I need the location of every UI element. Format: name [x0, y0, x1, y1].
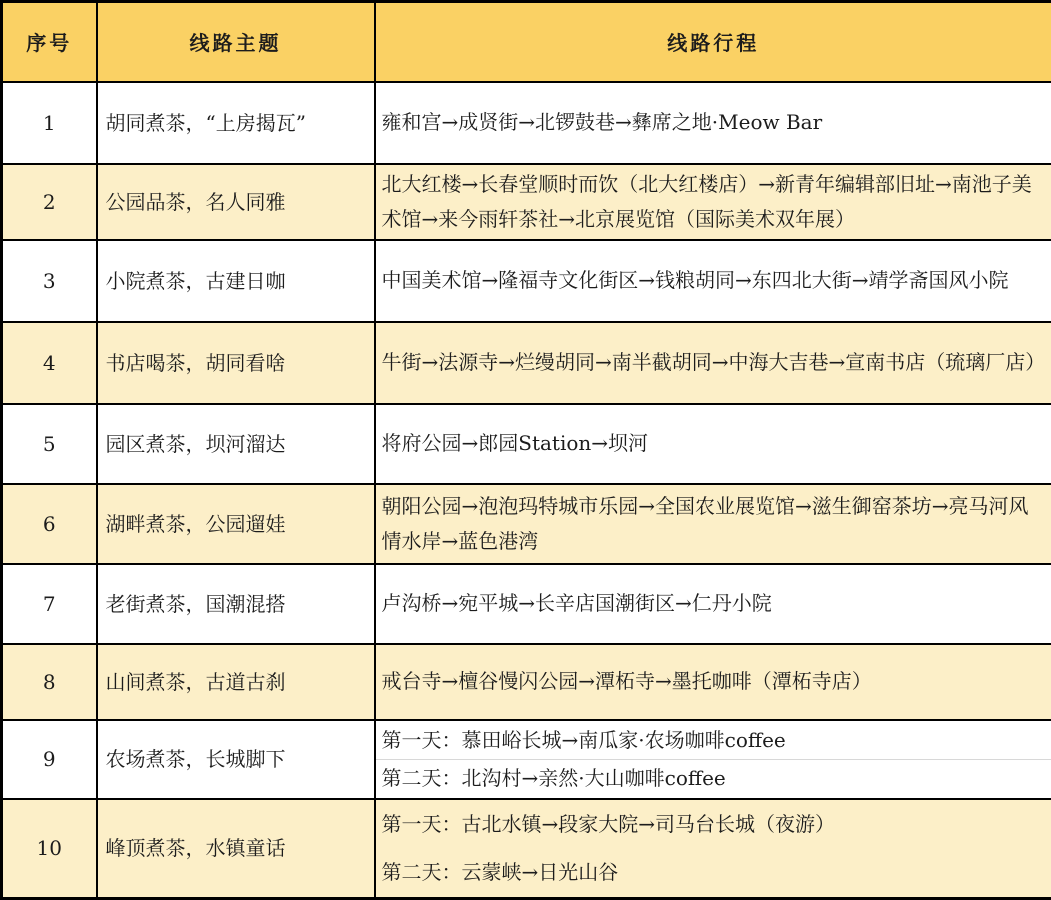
column-header-index: 序号: [2, 2, 97, 82]
route-itinerary: 朝阳公园→泡泡玛特城市乐园→全国农业展览馆→滋生御窑茶坊→亮马河风情水岸→蓝色港…: [375, 484, 1051, 564]
table-header: 序号 线路主题 线路行程: [2, 2, 1051, 82]
row-index: 8: [2, 644, 97, 720]
routes-table: 序号 线路主题 线路行程 1 胡同煮茶，“上房揭瓦” 雍和宫→成贤街→北锣鼓巷→…: [0, 0, 1051, 900]
route-itinerary: 中国美术馆→隆福寺文化街区→钱粮胡同→东四北大街→靖学斋国风小院: [375, 240, 1051, 322]
table-row: 6 湖畔煮茶，公园遛娃 朝阳公园→泡泡玛特城市乐园→全国农业展览馆→滋生御窑茶坊…: [2, 484, 1051, 564]
itinerary-days: 第一天：古北水镇→段家大院→司马台长城（夜游） 第二天：云蒙峡→日光山谷: [376, 800, 1051, 896]
row-index: 3: [2, 240, 97, 322]
route-theme: 园区煮茶，坝河溜达: [97, 404, 375, 484]
itinerary-day1: 第一天：慕田峪长城→南瓜家·农场咖啡coffee: [376, 722, 1051, 759]
table-row: 5 园区煮茶，坝河溜达 将府公园→郎园Station→坝河: [2, 404, 1051, 484]
table-row: 8 山间煮茶，古道古刹 戒台寺→檀谷慢闪公园→潭柘寺→墨托咖啡（潭柘寺店）: [2, 644, 1051, 720]
table-row: 3 小院煮茶，古建日咖 中国美术馆→隆福寺文化街区→钱粮胡同→东四北大街→靖学斋…: [2, 240, 1051, 322]
table-row: 10 峰顶煮茶，水镇童话 第一天：古北水镇→段家大院→司马台长城（夜游） 第二天…: [2, 799, 1051, 899]
table-row: 9 农场煮茶，长城脚下 第一天：慕田峪长城→南瓜家·农场咖啡coffee 第二天…: [2, 720, 1051, 799]
route-theme: 峰顶煮茶，水镇童话: [97, 799, 375, 899]
table-row: 2 公园品茶，名人同雅 北大红楼→长春堂顺时而饮（北大红楼店）→新青年编辑部旧址…: [2, 164, 1051, 240]
route-theme: 胡同煮茶，“上房揭瓦”: [97, 82, 375, 164]
route-theme: 山间煮茶，古道古刹: [97, 644, 375, 720]
table-row: 1 胡同煮茶，“上房揭瓦” 雍和宫→成贤街→北锣鼓巷→彝席之地·Meow Bar: [2, 82, 1051, 164]
row-index: 10: [2, 799, 97, 899]
row-index: 2: [2, 164, 97, 240]
itinerary-day1: 第一天：古北水镇→段家大院→司马台长城（夜游）: [376, 800, 1051, 848]
route-itinerary: 戒台寺→檀谷慢闪公园→潭柘寺→墨托咖啡（潭柘寺店）: [375, 644, 1051, 720]
row-index: 9: [2, 720, 97, 799]
itinerary-days: 第一天：慕田峪长城→南瓜家·农场咖啡coffee 第二天：北沟村→亲然·大山咖啡…: [376, 722, 1051, 797]
route-theme: 小院煮茶，古建日咖: [97, 240, 375, 322]
table-row: 7 老街煮茶，国潮混搭 卢沟桥→宛平城→长辛店国潮街区→仁丹小院: [2, 564, 1051, 644]
itinerary-day2: 第二天：北沟村→亲然·大山咖啡coffee: [376, 759, 1051, 797]
route-itinerary: 牛街→法源寺→烂缦胡同→南半截胡同→中海大吉巷→宣南书店（琉璃厂店）: [375, 322, 1051, 404]
route-theme: 湖畔煮茶，公园遛娃: [97, 484, 375, 564]
row-index: 6: [2, 484, 97, 564]
header-row: 序号 线路主题 线路行程: [2, 2, 1051, 82]
column-header-theme: 线路主题: [97, 2, 375, 82]
route-theme: 书店喝茶，胡同看啥: [97, 322, 375, 404]
route-itinerary: 卢沟桥→宛平城→长辛店国潮街区→仁丹小院: [375, 564, 1051, 644]
route-theme: 公园品茶，名人同雅: [97, 164, 375, 240]
row-index: 7: [2, 564, 97, 644]
row-index: 4: [2, 322, 97, 404]
route-theme: 农场煮茶，长城脚下: [97, 720, 375, 799]
column-header-itinerary: 线路行程: [375, 2, 1051, 82]
row-index: 5: [2, 404, 97, 484]
table-body: 1 胡同煮茶，“上房揭瓦” 雍和宫→成贤街→北锣鼓巷→彝席之地·Meow Bar…: [2, 82, 1051, 899]
route-itinerary: 北大红楼→长春堂顺时而饮（北大红楼店）→新青年编辑部旧址→南池子美术馆→来今雨轩…: [375, 164, 1051, 240]
route-itinerary: 雍和宫→成贤街→北锣鼓巷→彝席之地·Meow Bar: [375, 82, 1051, 164]
route-itinerary: 第一天：古北水镇→段家大院→司马台长城（夜游） 第二天：云蒙峡→日光山谷: [375, 799, 1051, 899]
table-row: 4 书店喝茶，胡同看啥 牛街→法源寺→烂缦胡同→南半截胡同→中海大吉巷→宣南书店…: [2, 322, 1051, 404]
row-index: 1: [2, 82, 97, 164]
route-itinerary: 将府公园→郎园Station→坝河: [375, 404, 1051, 484]
route-itinerary: 第一天：慕田峪长城→南瓜家·农场咖啡coffee 第二天：北沟村→亲然·大山咖啡…: [375, 720, 1051, 799]
itinerary-day2: 第二天：云蒙峡→日光山谷: [376, 848, 1051, 896]
route-theme: 老街煮茶，国潮混搭: [97, 564, 375, 644]
